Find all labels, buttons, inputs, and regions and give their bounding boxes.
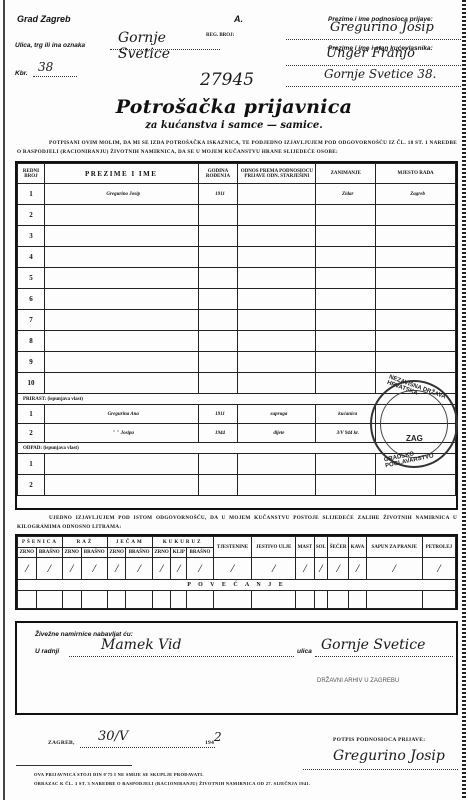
supply-header: MAST <box>296 537 315 558</box>
cell-no: 2 <box>18 424 45 443</box>
cell-relation[interactable] <box>238 247 316 268</box>
supply-increase-cell[interactable] <box>62 591 81 609</box>
cell-year[interactable] <box>198 454 238 475</box>
table-row: 3 <box>18 226 456 247</box>
year-suffix: 2 <box>214 730 222 744</box>
procurement-street-field[interactable]: Gornje Svetice <box>315 647 453 657</box>
cell-name[interactable] <box>44 454 198 475</box>
street-field[interactable]: Gornje Svetice <box>110 40 220 50</box>
col-header-occupation: ZANIMANJE <box>316 164 376 184</box>
cell-name[interactable] <box>44 331 198 352</box>
signature-label: POTPIS PODNOSIOCA PRIJAVE: <box>333 737 425 743</box>
cell-no: 7 <box>18 310 45 331</box>
signature-field[interactable]: Gregurino Josip <box>303 760 458 770</box>
cell-workplace[interactable] <box>376 475 456 496</box>
cell-no: 2 <box>18 205 45 226</box>
cell-name[interactable] <box>44 289 198 310</box>
cell-occupation[interactable] <box>316 205 376 226</box>
supply-value-cell[interactable]: / <box>107 558 126 580</box>
document-page: Grad Zagreb Ulica, trg ili ina oznaka Go… <box>0 0 468 800</box>
supply-value-cell[interactable]: / <box>152 558 171 580</box>
cell-year[interactable] <box>198 310 238 331</box>
supplies-table: PŠENICARAŽJEČAMKUKURUZTJESTENINEJESTIVO … <box>17 536 456 609</box>
cell-year[interactable] <box>198 373 238 394</box>
cell-no: 5 <box>18 268 45 289</box>
cell-relation[interactable] <box>238 205 316 226</box>
supply-header: SOL <box>314 537 327 558</box>
table-row: 8 <box>18 331 456 352</box>
cell-relation[interactable] <box>238 454 316 475</box>
cell-occupation[interactable]: 3/V 944 kr. <box>316 424 376 443</box>
applicant-value: Gregurino Josip <box>330 20 434 35</box>
cell-workplace[interactable] <box>376 268 456 289</box>
landlord-address-field[interactable]: Gornje Svetice 38. <box>286 76 461 87</box>
supplies-increase-values-row <box>18 591 456 609</box>
street-value: Gornje Svetice <box>118 30 220 62</box>
supply-value-cell[interactable]: / <box>366 558 422 580</box>
supply-increase-cell[interactable] <box>126 591 152 609</box>
supply-sub-header: ZRNO <box>18 548 37 558</box>
footer-note-price: OVA PRIJAVNICA STOJI DIN 0'75 I NE SMIJE… <box>34 772 204 777</box>
cell-year[interactable] <box>198 475 238 496</box>
supply-increase-cell[interactable] <box>327 591 348 609</box>
archive-stamp: DRŽAVNI ARHIV U ZAGREBU <box>317 678 399 684</box>
procurement-box: Živežne namirnice nabavljat ću: U radnji… <box>15 621 458 715</box>
cell-occupation[interactable] <box>316 373 376 394</box>
landlord-name-value: Unger Franjo <box>326 46 415 61</box>
supply-value-cell[interactable]: / <box>296 558 315 580</box>
supply-value-cell[interactable]: / <box>36 558 62 580</box>
form-title: Potrošačka prijavnica <box>0 96 468 118</box>
supply-increase-cell[interactable] <box>296 591 315 609</box>
cell-occupation[interactable]: kućanica <box>316 405 376 424</box>
supply-increase-cell[interactable] <box>171 591 187 609</box>
table-row: 5 <box>18 268 456 289</box>
cell-no: 10 <box>18 373 45 394</box>
cell-year[interactable] <box>198 352 238 373</box>
supply-increase-cell[interactable] <box>187 591 213 609</box>
supply-header: KAVA <box>349 537 366 558</box>
house-number-label: Kbr. <box>15 70 28 77</box>
supply-value-cell[interactable]: / <box>213 558 252 580</box>
cell-year[interactable]: 1911 <box>198 405 238 424</box>
series-letter: A. <box>234 14 243 24</box>
table-row: 6 <box>18 289 456 310</box>
cell-occupation[interactable] <box>316 310 376 331</box>
cell-occupation[interactable] <box>316 226 376 247</box>
applicant-field[interactable]: Gregurino Josip <box>286 29 461 40</box>
place-label: ZAGREB, <box>48 740 75 746</box>
supply-value-cell[interactable]: / <box>314 558 327 580</box>
supply-increase-cell[interactable] <box>81 591 107 609</box>
supplies-increase-row: P O V E Ć A N J E <box>18 580 456 591</box>
supply-sub-header: BRAŠNO <box>187 548 213 558</box>
table-row: 9 <box>18 352 456 373</box>
supplies-group-row: PŠENICARAŽJEČAMKUKURUZTJESTENINEJESTIVO … <box>18 537 456 548</box>
cell-relation[interactable]: supruga <box>238 405 316 424</box>
cell-relation[interactable] <box>238 373 316 394</box>
cell-name[interactable] <box>44 310 198 331</box>
cell-no: 8 <box>18 331 45 352</box>
date-field[interactable]: 30/V <box>80 739 215 748</box>
cell-occupation[interactable] <box>316 352 376 373</box>
supply-value-cell[interactable]: / <box>18 558 37 580</box>
cell-name[interactable]: " " Josipa <box>44 424 198 443</box>
cell-no: 3 <box>18 226 45 247</box>
supply-value-cell[interactable]: / <box>171 558 187 580</box>
col-header-workplace: MJESTO RADA <box>376 164 456 184</box>
cell-no: 6 <box>18 289 45 310</box>
col-header-relation: ODNOS PREMA PODNOSIOCU PRIJAVE ODN. STAR… <box>238 164 316 184</box>
col-header-no: REDNI BROJ <box>18 164 45 184</box>
document-number: 27945 <box>200 70 254 90</box>
cell-year[interactable] <box>198 247 238 268</box>
supplies-increase-label: P O V E Ć A N J E <box>18 580 456 591</box>
cell-name[interactable] <box>44 226 198 247</box>
supply-value-cell[interactable]: / <box>252 558 296 580</box>
cell-year[interactable]: 1944 <box>198 424 238 443</box>
cell-no: 1 <box>18 405 45 424</box>
supply-group-header: PŠENICA <box>18 537 63 548</box>
cell-relation[interactable] <box>238 352 316 373</box>
street-label: Ulica, trg ili ina oznaka <box>15 42 85 49</box>
supply-header: JESTIVO ULJE <box>252 537 296 558</box>
supply-sub-header: ZRNO <box>152 548 171 558</box>
cell-occupation[interactable] <box>316 331 376 352</box>
supply-increase-cell[interactable] <box>213 591 252 609</box>
cell-year[interactable] <box>198 289 238 310</box>
cell-year[interactable]: 1911 <box>198 184 238 205</box>
supply-value-cell[interactable]: / <box>349 558 366 580</box>
cell-relation[interactable] <box>238 226 316 247</box>
form-subtitle: za kućanstva i samce — samice. <box>0 120 468 131</box>
supply-header: PETROLEJ <box>422 537 455 558</box>
cell-occupation[interactable] <box>316 454 376 475</box>
date-value: 30/V <box>98 729 128 744</box>
supply-header: TJESTENINE <box>213 537 252 558</box>
supply-increase-cell[interactable] <box>349 591 366 609</box>
cell-year[interactable] <box>198 268 238 289</box>
cell-occupation[interactable] <box>316 475 376 496</box>
landlord-address-value: Gornje Svetice 38. <box>324 67 436 81</box>
supply-group-header: KUKURUZ <box>152 537 213 548</box>
supply-increase-cell[interactable] <box>36 591 62 609</box>
supply-sub-header: ZRNO <box>107 548 126 558</box>
supply-increase-cell[interactable] <box>422 591 455 609</box>
cell-workplace[interactable] <box>376 352 456 373</box>
cell-relation[interactable] <box>238 268 316 289</box>
cell-no: 2 <box>18 475 45 496</box>
cell-year[interactable] <box>198 205 238 226</box>
municipality-label: Grad Zagreb <box>17 14 71 24</box>
intro-declaration: POTPISANI OVIM MOLIM, DA MI SE IZDA POTR… <box>17 139 457 157</box>
landlord-name-field[interactable]: Unger Franjo <box>286 55 461 66</box>
supply-value-cell[interactable]: / <box>327 558 348 580</box>
cell-relation[interactable] <box>238 475 316 496</box>
procurement-street-value: Gornje Svetice <box>321 637 425 653</box>
cell-no: 9 <box>18 352 45 373</box>
supplies-values-row: ///////////////// <box>18 558 456 580</box>
cell-occupation[interactable]: Zidar <box>316 184 376 205</box>
cell-year[interactable] <box>198 331 238 352</box>
cell-name[interactable] <box>44 352 198 373</box>
table-row: 2 <box>18 205 456 226</box>
supply-sub-header: ZRNO <box>62 548 81 558</box>
cell-occupation[interactable] <box>316 247 376 268</box>
supply-value-cell[interactable]: / <box>422 558 455 580</box>
shop-value: Mamek Vid <box>101 637 181 653</box>
persons-header-row: REDNI BROJ PREZIME I IME GODINA ROĐENJA … <box>18 164 456 184</box>
supplies-table-frame: PŠENICARAŽJEČAMKUKURUZTJESTENINEJESTIVO … <box>15 534 458 610</box>
house-number-value: 38 <box>38 60 53 74</box>
supply-value-cell[interactable]: / <box>187 558 213 580</box>
supply-header: ŠEĆER <box>327 537 348 558</box>
supply-increase-cell[interactable] <box>314 591 327 609</box>
table-row: 1Gregurino Josip1911ZidarZagreb <box>18 184 456 205</box>
supply-increase-cell[interactable] <box>366 591 422 609</box>
supply-value-cell[interactable]: / <box>81 558 107 580</box>
supply-increase-cell[interactable] <box>107 591 126 609</box>
cell-name[interactable] <box>44 373 198 394</box>
footer-note-form: OBRAZAC K ČL. 3 ST. 3 NAREDBE O RASPODJE… <box>34 781 310 786</box>
cell-no: 4 <box>18 247 45 268</box>
table-row: 7 <box>18 310 456 331</box>
cell-occupation[interactable] <box>316 268 376 289</box>
reg-label: REG. BROJ: <box>206 33 234 38</box>
supply-increase-cell[interactable] <box>252 591 296 609</box>
cell-name[interactable] <box>44 475 198 496</box>
shop-field[interactable]: Mamek Vid <box>69 647 294 657</box>
supply-increase-cell[interactable] <box>152 591 171 609</box>
supply-header: SAPUN ZA PRANJE <box>366 537 422 558</box>
cell-relation[interactable] <box>238 331 316 352</box>
cell-relation[interactable] <box>238 184 316 205</box>
cell-name[interactable] <box>44 205 198 226</box>
supplies-declaration: UJEDNO IZJAVLJUJEM POD ISTOM ODGOVORNOŠĆ… <box>17 514 457 532</box>
col-header-name: PREZIME I IME <box>44 164 198 184</box>
cell-workplace[interactable] <box>376 247 456 268</box>
supply-sub-header: BRAŠNO <box>126 548 152 558</box>
cell-workplace[interactable] <box>376 289 456 310</box>
cell-occupation[interactable] <box>316 289 376 310</box>
house-number-field[interactable]: 38 <box>33 67 77 77</box>
cell-name[interactable]: Gregurino Josip <box>44 184 198 205</box>
cell-workplace[interactable]: Zagreb <box>376 184 456 205</box>
shop-label: U radnji <box>35 648 59 655</box>
cell-relation[interactable]: dijete <box>238 424 316 443</box>
table-row: 4 <box>18 247 456 268</box>
cell-workplace[interactable] <box>376 226 456 247</box>
cell-name[interactable] <box>44 247 198 268</box>
cell-no: 1 <box>18 184 45 205</box>
supply-sub-header: BRAŠNO <box>81 548 107 558</box>
col-header-year: GODINA ROĐENJA <box>198 164 238 184</box>
supply-group-header: RAŽ <box>62 537 107 548</box>
cell-no: 1 <box>18 454 45 475</box>
supply-value-cell[interactable]: / <box>62 558 81 580</box>
supply-group-header: JEČAM <box>107 537 152 548</box>
supply-sub-header: KLIP <box>171 548 187 558</box>
supply-increase-cell[interactable] <box>18 591 37 609</box>
supply-value-cell[interactable]: / <box>126 558 152 580</box>
cell-name[interactable] <box>44 268 198 289</box>
cell-relation[interactable] <box>238 289 316 310</box>
official-stamp: NEZAVISNA DRŽAVA HRVATSKA ZAG GRADSKO PO… <box>370 380 458 468</box>
year-prefix: 194 <box>205 740 214 746</box>
footer-divider <box>16 765 132 766</box>
cell-workplace[interactable] <box>376 331 456 352</box>
table-row: 2 <box>18 475 456 496</box>
supply-sub-header: BRAŠNO <box>36 548 62 558</box>
cell-workplace[interactable] <box>376 205 456 226</box>
stamp-middle-text: ZAG <box>406 434 423 443</box>
procurement-street-label: ulica <box>297 648 312 655</box>
cell-name[interactable]: Gregurina Ana <box>44 405 198 424</box>
cell-year[interactable] <box>198 226 238 247</box>
cell-workplace[interactable] <box>376 310 456 331</box>
signature-value: Gregurino Josip <box>333 748 445 764</box>
cell-relation[interactable] <box>238 310 316 331</box>
